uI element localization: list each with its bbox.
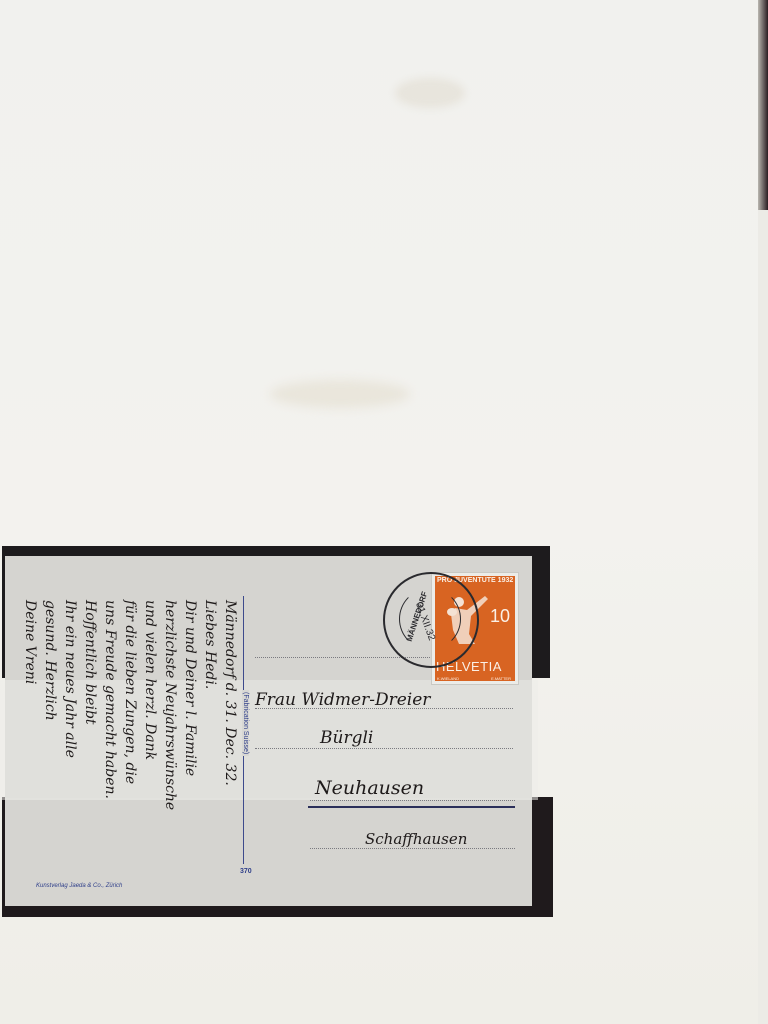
address-recipient: Frau Widmer-Dreier: [255, 690, 430, 710]
address-street: Bürgli: [320, 728, 373, 748]
postmark-cancellation: MÄNNEDORF 31.XII.32: [383, 572, 479, 668]
message-line: Ihr ein neues Jahr alle: [60, 600, 80, 810]
address-underline: [308, 806, 515, 808]
handwritten-message: Männedorf d. 31. Dec. 32. Liebes Hedi. D…: [20, 600, 240, 810]
message-line: Hoffentlich bleibt: [80, 600, 100, 810]
stamp-credits: K.WIELAND E.MATTER: [437, 676, 511, 681]
publisher-imprint: Kunstverlag Jaeda & Co., Zürich: [36, 883, 122, 889]
message-line: Dir und Deiner l. Familie: [180, 600, 200, 810]
card-number: 370: [240, 868, 252, 875]
message-line: herzlichste Neujahrswünsche: [160, 600, 180, 810]
address-town: Neuhausen: [315, 777, 424, 799]
fabrication-imprint: (Fabrication Suisse): [242, 690, 249, 756]
page-edge: [758, 210, 768, 1024]
stamp-engraver: E.MATTER: [491, 676, 511, 681]
stamp-designer: K.WIELAND: [437, 676, 459, 681]
page-stain: [395, 78, 465, 108]
message-line: Männedorf d. 31. Dec. 32.: [220, 600, 240, 810]
message-line: gesund. Herzlich: [40, 600, 60, 810]
stamp-value: 10: [490, 606, 510, 627]
address-line: [255, 748, 513, 749]
message-line: Deine Vreni: [20, 600, 40, 810]
page-stain: [270, 380, 410, 408]
address-line: [310, 800, 515, 801]
address-canton: Schaffhausen: [365, 830, 467, 848]
message-line: Liebes Hedi.: [200, 600, 220, 810]
page-edge-shadow: [758, 0, 768, 210]
message-line: für die lieben Zungen, die: [120, 600, 140, 810]
message-line: uns Freude gemacht haben.: [100, 600, 120, 810]
message-line: und vielen herzl. Dank: [140, 600, 160, 810]
address-line: [310, 848, 515, 849]
